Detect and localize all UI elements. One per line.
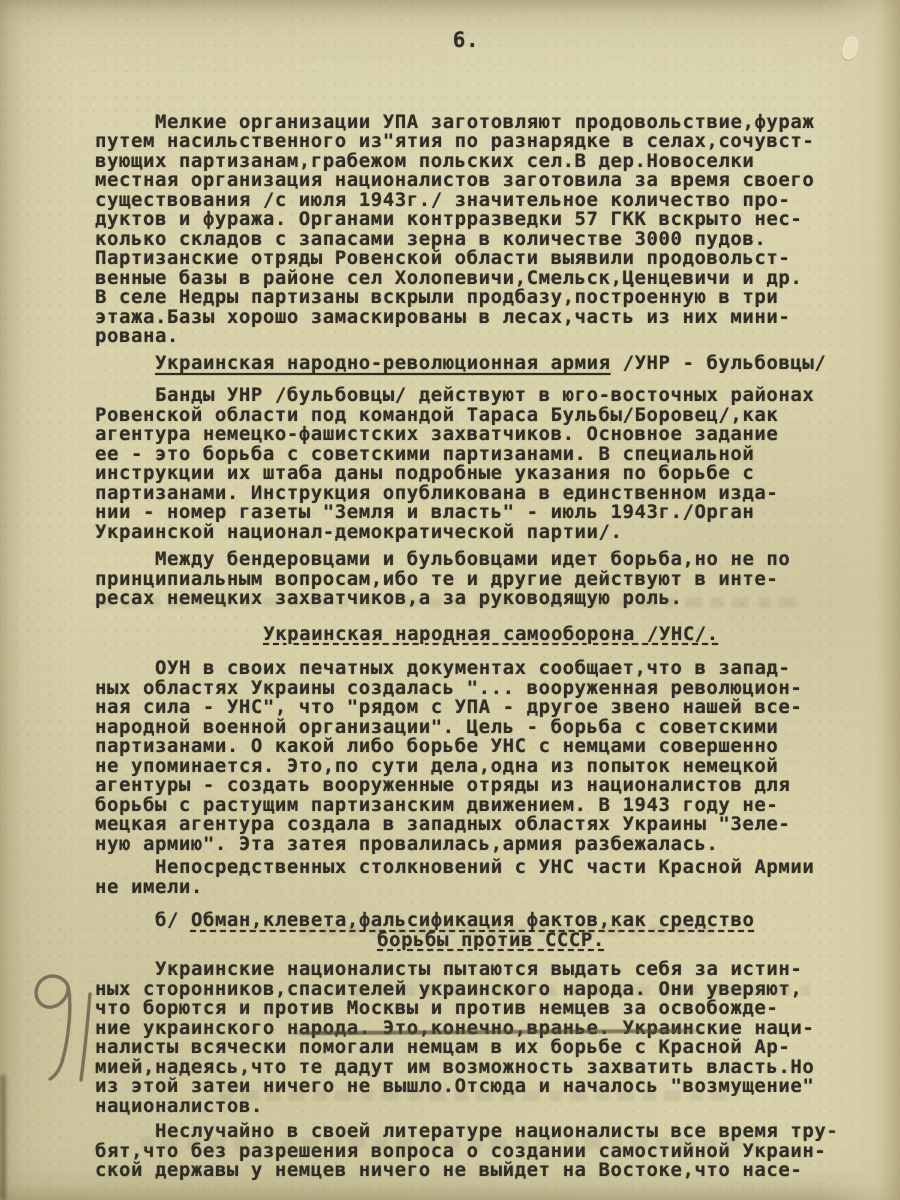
bleedthrough-smudge [140, 1138, 760, 1149]
document-page: 6. Мелкие организации УПА заготовляют пр… [0, 0, 900, 1200]
heading-uns-selfdefense: Украинская народная самооборона /УНС/. [95, 625, 887, 645]
bleedthrough-smudge [300, 925, 720, 936]
heading-unr-army: Украинская народно-революционная армия /… [95, 354, 887, 374]
heading-deception-prefix: б/ [155, 909, 191, 931]
heading-uns-underlined: Украинская народная самооборона /УНС/. [263, 623, 719, 645]
paragraph-uns-no-clashes: Непосредственных столкновений с УНС част… [95, 858, 887, 897]
bleedthrough-smudge [220, 1090, 740, 1101]
heading-unr-rest: /УНР - бульбовцы/ [611, 352, 827, 374]
paragraph-unr-bands: Банды УНР /бульбовцы/ действуют в юго-во… [95, 386, 887, 542]
pencil-margin-note-strokes [18, 966, 102, 1094]
page-number: 6. [95, 31, 837, 51]
pencil-margin-note: 91 [18, 966, 102, 1094]
paragraph-nationalists-literature: Неслучайно в своей литературе националис… [95, 1122, 887, 1181]
paragraph-upa-supplies: Мелкие организации УПА заготовляют продо… [95, 113, 887, 347]
paragraph-uns-oun: ОУН в своих печатных документах сообщает… [95, 659, 887, 854]
bleedthrough-smudge [100, 597, 800, 608]
photo-edge-shadow [0, 1075, 6, 1200]
heading-unr-underlined: Украинская народно-революционная армия [155, 352, 611, 374]
right-edge-fade [822, 0, 900, 1200]
bleedthrough-smudge [330, 985, 810, 996]
